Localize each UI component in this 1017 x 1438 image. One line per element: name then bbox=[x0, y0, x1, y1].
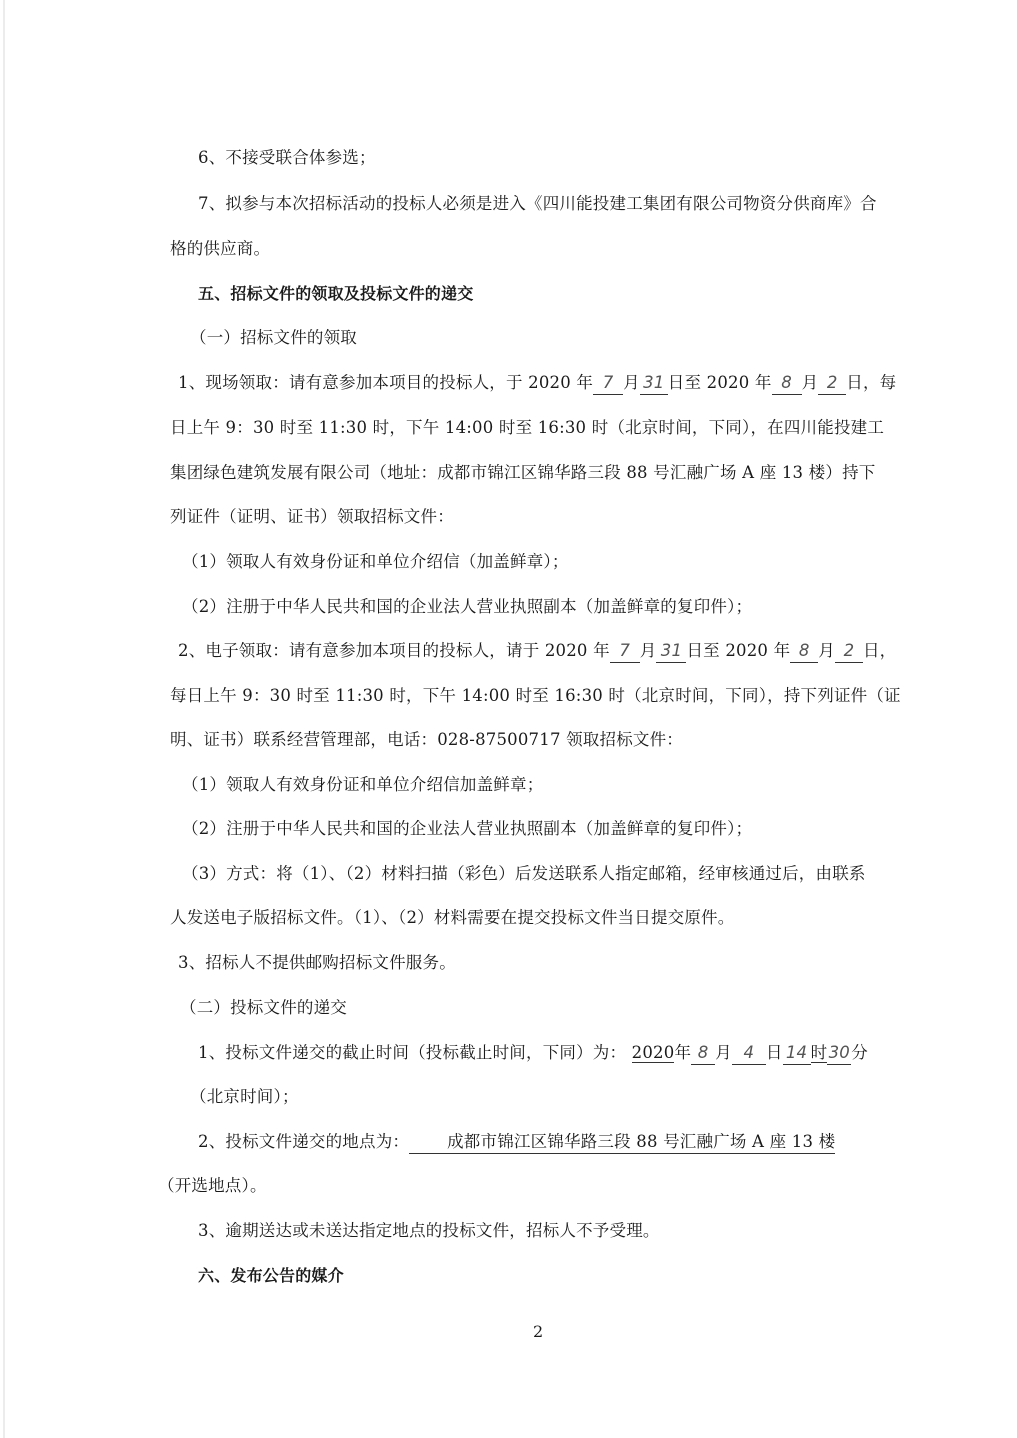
location-line: 2、投标文件递交的地点为：成都市锦江区锦华路三段 88 号汇融广场 A 座 13… bbox=[198, 1131, 835, 1154]
handwritten-month: 7 bbox=[593, 372, 623, 395]
onsite-collection-line-3: 集团绿色建筑发展有限公司（地址：成都市锦江区锦华路三段 88 号汇融广场 A 座… bbox=[170, 462, 875, 484]
deadline-year: 2020 bbox=[632, 1043, 675, 1063]
subsection-2-heading: （二）投标文件的递交 bbox=[180, 997, 347, 1019]
handwritten-month: 7 bbox=[610, 640, 640, 663]
handwritten-month: 8 bbox=[772, 372, 802, 395]
electronic-requirement-1: （1）领取人有效身份证和单位介绍信加盖鲜章； bbox=[182, 774, 543, 796]
text: 2、电子领取：请有意参加本项目的投标人，请于 2020 年 bbox=[178, 641, 610, 660]
onsite-requirement-2: （2）注册于中华人民共和国的企业法人营业执照副本（加盖鲜章的复印件）； bbox=[182, 596, 752, 618]
text: 1、现场领取：请有意参加本项目的投标人，于 2020 年 bbox=[178, 373, 593, 392]
onsite-collection-line-2: 日上午 9：30 时至 11:30 时，下午 14:00 时至 16:30 时（… bbox=[170, 417, 884, 439]
text: 1、投标文件递交的截止时间（投标截止时间，下同）为： bbox=[198, 1043, 626, 1062]
deadline-line-cont: （北京时间）； bbox=[190, 1086, 299, 1108]
clause-7-cont: 格的供应商。 bbox=[170, 238, 270, 260]
text: 日， bbox=[863, 641, 896, 660]
text: 日，每 bbox=[846, 373, 896, 392]
location-line-cont: （开选地点）。 bbox=[158, 1175, 267, 1197]
electronic-requirement-3: （3）方式：将（1）、（2）材料扫描（彩色）后发送联系人指定邮箱，经审核通过后，… bbox=[182, 863, 866, 885]
text: 月 bbox=[802, 373, 819, 392]
text: 2、投标文件递交的地点为： bbox=[198, 1132, 409, 1151]
section-heading-5: 五、招标文件的领取及投标文件的递交 bbox=[198, 283, 473, 305]
clause-6: 6、不接受联合体参选； bbox=[198, 147, 376, 169]
onsite-requirement-1: （1）领取人有效身份证和单位介绍信（加盖鲜章）； bbox=[182, 551, 569, 573]
electronic-collection-line-3: 明、证书）联系经营管理部，电话：028-87500717 领取招标文件： bbox=[170, 729, 683, 751]
handwritten-day: 4 bbox=[732, 1042, 766, 1065]
onsite-collection-line-1: 1、现场领取：请有意参加本项目的投标人，于 2020 年7月31日至 2020 … bbox=[178, 372, 896, 395]
section-heading-6: 六、发布公告的媒介 bbox=[198, 1265, 344, 1287]
text: 时 bbox=[811, 1043, 828, 1063]
page-number: 2 bbox=[533, 1322, 543, 1341]
electronic-collection-line-1: 2、电子领取：请有意参加本项目的投标人，请于 2020 年7月31日至 2020… bbox=[178, 640, 896, 663]
clause-7: 7、拟参与本次招标活动的投标人必须是进入《四川能投建工集团有限公司物资分供商库》… bbox=[198, 193, 877, 215]
onsite-collection-line-4: 列证件（证明、证书）领取招标文件： bbox=[170, 506, 454, 528]
handwritten-month: 8 bbox=[790, 640, 818, 663]
handwritten-day: 31 bbox=[640, 372, 668, 395]
clause-late-submission: 3、逾期送达或未送达指定地点的投标文件，招标人不予受理。 bbox=[198, 1220, 660, 1242]
text: 年 bbox=[674, 1043, 691, 1062]
deadline-line: 1、投标文件递交的截止时间（投标截止时间，下同）为： 2020年8月4日14时3… bbox=[198, 1042, 868, 1065]
electronic-requirement-3-cont: 人发送电子版招标文件。（1）、（2）材料需要在提交投标文件当日提交原件。 bbox=[170, 907, 734, 929]
electronic-requirement-2: （2）注册于中华人民共和国的企业法人营业执照副本（加盖鲜章的复印件）； bbox=[182, 818, 752, 840]
handwritten-month: 8 bbox=[691, 1042, 715, 1065]
handwritten-day: 31 bbox=[656, 640, 686, 663]
subsection-1-heading: （一）招标文件的领取 bbox=[190, 327, 357, 349]
text: 日至 2020 年 bbox=[668, 373, 772, 392]
text: 月 bbox=[818, 641, 835, 660]
electronic-collection-line-2: 每日上午 9：30 时至 11:30 时，下午 14:00 时至 16:30 时… bbox=[170, 685, 901, 707]
handwritten-day: 2 bbox=[835, 640, 863, 663]
text: 分 bbox=[851, 1043, 868, 1062]
text: 月 bbox=[623, 373, 640, 392]
handwritten-minute: 30 bbox=[827, 1042, 851, 1065]
handwritten-day: 2 bbox=[818, 372, 846, 395]
handwritten-hour: 14 bbox=[783, 1042, 811, 1065]
document-page: 6、不接受联合体参选； 7、拟参与本次招标活动的投标人必须是进入《四川能投建工集… bbox=[0, 0, 1017, 1438]
submission-address: 成都市锦江区锦华路三段 88 号汇融广场 A 座 13 楼 bbox=[409, 1131, 835, 1154]
scan-edge bbox=[3, 0, 5, 1438]
clause-no-mail: 3、招标人不提供邮购招标文件服务。 bbox=[178, 952, 456, 974]
text: 日 bbox=[766, 1043, 783, 1062]
text: 月 bbox=[640, 641, 657, 660]
text: 月 bbox=[715, 1043, 732, 1062]
text: 日至 2020 年 bbox=[686, 641, 790, 660]
